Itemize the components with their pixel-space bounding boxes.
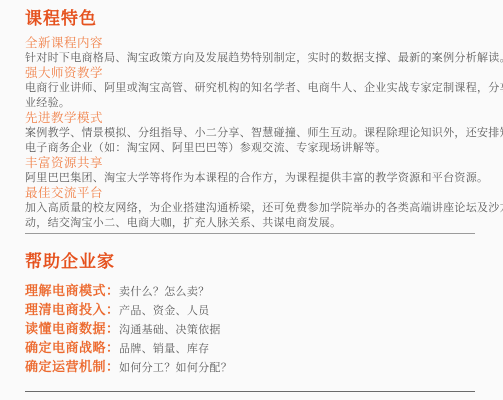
help-item-colon: ： [106,359,119,374]
help-entrepreneurs-title: 帮助企业家 [25,234,475,271]
help-item-value: 品牌、销量、库存 [119,343,209,355]
help-item: 理解电商模式：卖什么？怎么卖？ [25,282,475,301]
help-item-label: 确定电商战略 [25,340,106,355]
feature-text-line: 业经验。 [25,96,475,111]
help-item: 确定运营机制：如何分工？如何分配？ [25,358,475,377]
help-item-colon: ： [106,302,119,317]
feature-text-line: 阿里巴巴集团、淘宝大学等将作为本课程的合作方，为课程提供丰富的教学资源和平台资源… [25,171,475,186]
help-item-colon: ： [106,321,119,336]
help-item-colon: ： [106,340,119,355]
help-entrepreneurs-list: 理解电商模式：卖什么？怎么卖？ 理清电商投入：产品、资金、人员 读懂电商数据：沟… [25,282,475,377]
help-item-value: 产品、资金、人员 [119,305,209,317]
feature-heading-advanced-teaching: 先进教学模式 [25,111,475,126]
feature-text-line: 案例教学、情景模拟、分组指导、小二分享、智慧碰撞、师生互动。课程除理论知识外，还… [25,126,475,141]
feature-heading-rich-resources: 丰富资源共享 [25,156,475,171]
course-features-title: 课程特色 [25,0,475,28]
help-item-value: 沟通基础、决策依据 [119,324,221,336]
feature-text-line: 加入高质量的校友网络，为企业搭建沟通桥梁，还可免费参加学院举办的各类高端讲座论坛… [25,201,475,216]
course-features-sections: 全新课程内容 针对时下电商格局、淘宝政策方向及发展趋势特别制定，实时的数据支撑、… [25,36,475,231]
course-description-page: 课程特色 全新课程内容 针对时下电商格局、淘宝政策方向及发展趋势特别制定，实时的… [0,0,503,400]
help-item: 读懂电商数据：沟通基础、决策依据 [25,320,475,339]
help-item: 确定电商战略：品牌、销量、库存 [25,339,475,358]
help-item-label: 理解电商模式 [25,283,106,298]
help-item-value: 卖什么？怎么卖？ [119,286,209,298]
help-item-label: 读懂电商数据 [25,321,106,336]
feature-text-line: 电子商务企业（如：淘宝网、阿里巴巴等）参观交流、专家现场讲解等。 [25,141,475,156]
help-item-label: 理清电商投入 [25,302,106,317]
help-item-colon: ： [106,283,119,298]
help-item: 理清电商投入：产品、资金、人员 [25,301,475,320]
help-item-label: 确定运营机制 [25,359,106,374]
help-item-value: 如何分工？如何分配？ [119,362,232,374]
feature-text-line: 电商行业讲师、阿里或淘宝高管、研究机构的知名学者、电商牛人、企业实战专家定制课程… [25,81,475,96]
bottom-divider [25,391,475,392]
feature-heading-strong-faculty: 强大师资教学 [25,66,475,81]
feature-heading-best-platform: 最佳交流平台 [25,186,475,201]
feature-heading-new-content: 全新课程内容 [25,36,475,51]
feature-text-line: 动，结交淘宝小二、电商大咖，扩充人脉关系、共谋电商发展。 [25,216,475,231]
feature-text-line: 针对时下电商格局、淘宝政策方向及发展趋势特别制定，实时的数据支撑、最新的案例分析… [25,51,475,66]
